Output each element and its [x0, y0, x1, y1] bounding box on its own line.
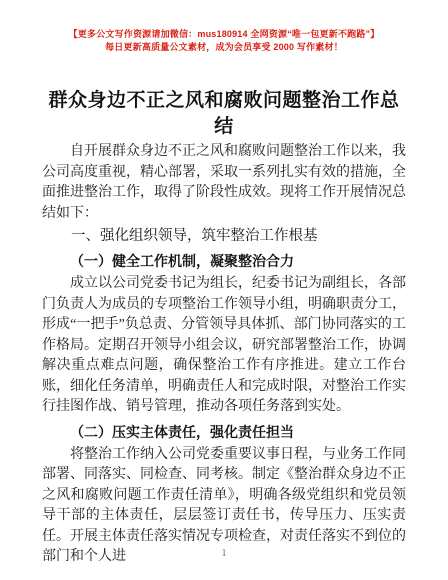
promo-notice-line-2: 每日更新高质量公文素材，成为会员享受 2000 写作素材！ — [42, 41, 406, 54]
document-page: 【更多公文写作资源请加微信：mus180914 全网资源“唯一包更新不跑路”】 … — [0, 0, 448, 580]
page-number: 1 — [0, 546, 448, 560]
sub-heading-1-2: （二）压实主体责任，强化责任担当 — [42, 422, 406, 443]
promo-notice-line-1: 【更多公文写作资源请加微信：mus180914 全网资源“唯一包更新不跑路”】 — [42, 28, 406, 41]
promo-notice: 【更多公文写作资源请加微信：mus180914 全网资源“唯一包更新不跑路”】 … — [42, 28, 406, 54]
intro-paragraph: 自开展群众身边不正之风和腐败问题整治工作以来，我公司高度重视，精心部署，采取一系… — [42, 142, 406, 224]
body-paragraph-1: 成立以公司党委书记为组长，纪委书记为副组长，各部门负责人为成员的专项整治工作领导… — [42, 274, 406, 418]
sub-heading-1-1: （一）健全工作机制，凝聚整治合力 — [42, 251, 406, 272]
page-title: 群众身边不正之风和腐败问题整治工作总结 — [42, 88, 406, 140]
section-heading-1: 一、强化组织领导，筑牢整治工作根基 — [42, 226, 406, 247]
